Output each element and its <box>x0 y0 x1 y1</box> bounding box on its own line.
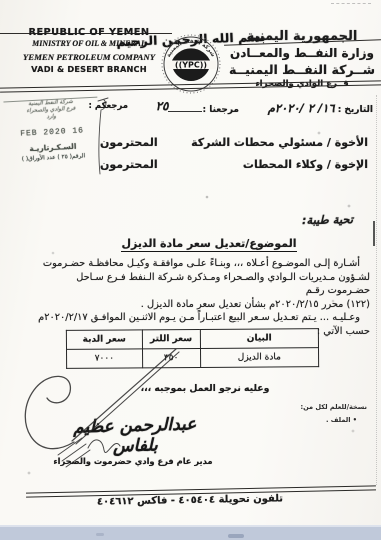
letterhead-english: REPUBLIC OF YEMEN MINISTRY OF OIL & MINE… <box>5 27 173 74</box>
greeting: تحية طيبة: <box>263 212 353 228</box>
recipient-row: الإخوة / وكلاء المحطات المحترمون <box>100 158 368 171</box>
received-stamp: شركة النفط اليمنية فرع الوادي والصحراء و… <box>3 97 100 164</box>
cell-description: مادة الديزل <box>200 348 319 368</box>
country-name-en: REPUBLIC OF YEMEN <box>5 27 173 38</box>
signatory-name: عبدالرحمن عظيم بلفاس <box>50 414 221 458</box>
scan-edge-dots <box>376 95 377 485</box>
subject-line: الموضوع/تعديل سعر مادة الديزل <box>114 237 304 250</box>
stamp-date: 16 FEB 2020 <box>5 126 99 140</box>
our-ref-line <box>168 104 202 112</box>
table-header-row: البيان سعر اللتر سعر الدبة <box>66 329 318 350</box>
cc-item-text: الملف . <box>326 416 351 424</box>
cell-price-per-liter: ٣٥٠ <box>142 348 200 367</box>
date-label: التاريخ : <box>338 105 373 115</box>
margin-tick-mark <box>373 221 375 246</box>
cc-item: • الملف . <box>271 416 367 424</box>
date-field: التاريخ : ١٦/ ٢ /٢٠٢٠م <box>251 101 373 115</box>
body-line: وعـليـه ... يـتم تعـديل سـعر البيع اعتبـ… <box>34 311 370 325</box>
price-table: البيان سعر اللتر سعر الدبة مادة الديزل ٣… <box>66 328 319 369</box>
our-ref-label: مرجعنا : <box>202 105 239 115</box>
cc-block: نسخة/للعلم لكل من: • الملف . <box>271 403 367 424</box>
country-name-ar: الجمهورية اليمنية <box>227 29 377 44</box>
signatory-title: مدير عام فرع وادي حضرموت والصحراء <box>52 456 214 466</box>
body-line: لشـؤون مـديريات الـوادي والصـحراء ومـذكر… <box>34 271 370 298</box>
company-name-ar: شــركة النفــط اليمنيــة <box>227 62 377 77</box>
cc-label: نسخة/للعلم لكل من: <box>271 403 367 411</box>
branch-name-en: VADI & DESERT BRANCH <box>5 64 173 74</box>
scan-speckles <box>0 0 2 2</box>
recipient-honorific: المحترمون <box>100 158 158 171</box>
recipient-name: الأخوة / مسئولي محطات الشركة <box>191 136 368 149</box>
our-reference-field: مرجعنا :٢٥ <box>143 101 239 115</box>
corner-scan-marks <box>331 3 371 4</box>
date-value-handwritten: ١٦/ ٢ /٢٠٢٠م <box>268 101 335 115</box>
letter-body: أشـارة إلـى الموضـوع أعـلاه ،،، وبنـاءً … <box>34 257 370 339</box>
scan-strip-blot <box>96 533 104 536</box>
scanned-letter-page: بسم الله الرحمن الرحيم REPUBLIC OF YEMEN… <box>0 0 381 540</box>
table-row: مادة الديزل ٣٥٠ ٧٠٠٠ <box>67 348 319 369</box>
body-line: أشـارة إلـى الموضـوع أعـلاه ،،، وبنـاءً … <box>34 257 370 271</box>
col-header-price-per-liter: سعر اللتر <box>142 329 200 348</box>
scan-strip-blot <box>228 534 244 538</box>
ministry-name-en: MINISTRY OF OIL & MINERAL <box>5 39 173 48</box>
recipient-honorific: المحترمون <box>100 136 158 149</box>
body-line: (١٢٢) محرر ٢٠٢٠/٢/١٥م بشأن تعديل سعر ماد… <box>34 298 370 312</box>
recipient-name: الإخوة / وكلاء المحطات <box>243 158 368 171</box>
logo-ypc-text: ((YPC)) <box>175 61 207 70</box>
company-name-en: YEMEN PETROLEUM COMPANY <box>5 52 173 62</box>
closing-line: وعليه نرجو العمل بموجبه ،،، <box>125 383 285 394</box>
col-header-description: البيان <box>200 329 319 349</box>
col-header-price-per-container: سعر الدبة <box>66 330 142 350</box>
stamp-number-line: الرقم( ٢٥ ) عدد الأوراق( ) <box>6 153 100 164</box>
ministry-name-ar: وزارة النفــط والمعــادن <box>227 46 377 60</box>
subject-text: الموضوع/تعديل سعر مادة الديزل <box>121 237 296 252</box>
scanner-bottom-strip <box>0 525 381 540</box>
recipient-row: الأخوة / مسئولي محطات الشركة المحترمون <box>100 136 368 149</box>
our-ref-value-handwritten: ٢٥ <box>156 99 169 113</box>
cell-price-per-container: ٧٠٠٠ <box>67 349 143 369</box>
